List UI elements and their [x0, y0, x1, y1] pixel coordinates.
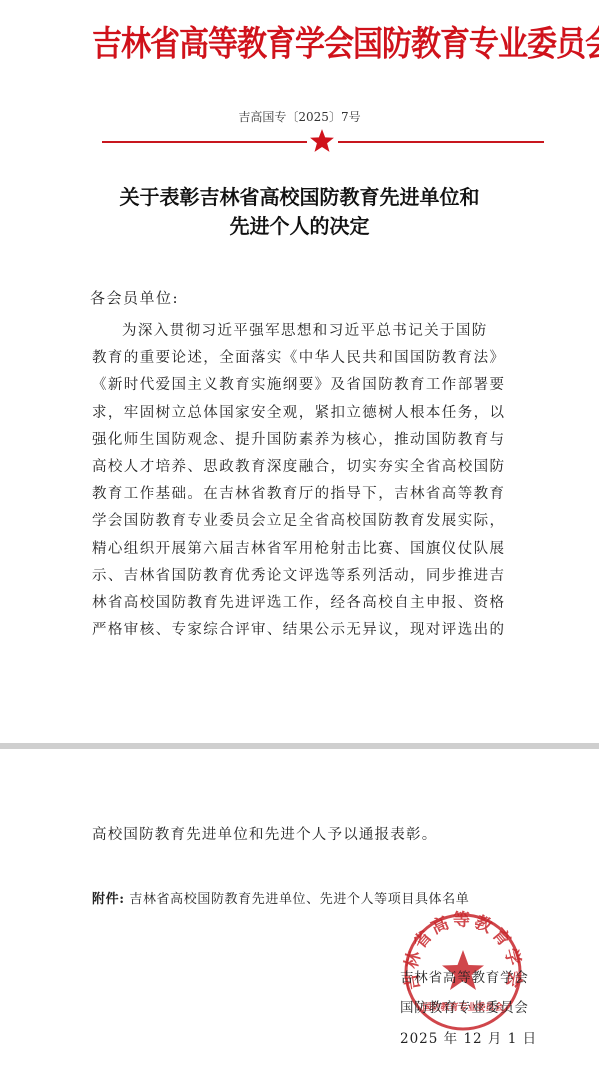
body-line: 精心组织开展第六届吉林省军用枪射击比赛、国旗仪仗队展: [92, 536, 512, 563]
org-letterhead-title: 吉林省高等教育学会国防教育专业委员会: [92, 22, 552, 68]
red-star-icon: [308, 128, 336, 154]
body-line: 高校人才培养、思政教育深度融合，切实夯实全省高校国防: [92, 454, 512, 481]
attachment-label: 附件:: [92, 892, 125, 907]
body-continuation: 高校国防教育先进单位和先进个人予以通报表彰。: [92, 823, 437, 844]
body-line: 林省高校国防教育先进评选工作，经各高校自主申报、资格: [92, 590, 512, 617]
body-paragraph: 为深入贯彻习近平强军思想和习近平总书记关于国防 教育的重要论述，全面落实《中华人…: [92, 318, 512, 644]
document-number: 吉高国专〔2025〕7号: [0, 109, 599, 125]
letterhead-rule-left: [102, 141, 307, 143]
body-line: 《新时代爱国主义教育实施纲要》及省国防教育工作部署要: [92, 372, 512, 399]
body-line: 求，牢固树立总体国家安全观，紧扣立德树人根本任务，以: [92, 400, 512, 427]
document-page-1: 吉林省高等教育学会国防教育专业委员会 吉高国专〔2025〕7号 关于表彰吉林省高…: [0, 0, 599, 744]
attachment-line: 附件: 吉林省高校国防教育先进单位、先进个人等项目具体名单: [92, 888, 469, 907]
body-line: 强化师生国防观念、提升国防素养为核心，推动国防教育与: [92, 427, 512, 454]
body-line: 示、吉林省国防教育优秀论文评选等系列活动，同步推进吉: [92, 563, 512, 590]
letterhead-rule-right: [338, 141, 544, 143]
body-line: 教育工作基础。在吉林省教育厅的指导下，吉林省高等教育: [92, 481, 512, 508]
attachment-text: 吉林省高校国防教育先进单位、先进个人等项目具体名单: [129, 892, 469, 907]
body-line: 严格审核、专家综合评审、结果公示无异议，现对评选出的: [92, 617, 512, 644]
signature-date: 2025 年 12 月 1 日: [400, 1027, 537, 1047]
document-title-line-1: 关于表彰吉林省高校国防教育先进单位和: [0, 183, 599, 212]
document-title: 关于表彰吉林省高校国防教育先进单位和 先进个人的决定: [0, 183, 599, 241]
body-line: 为深入贯彻习近平强军思想和习近平总书记关于国防: [92, 318, 512, 345]
signature-org-line-2: 国防教育专业委员会: [400, 996, 529, 1016]
body-line: 学会国防教育专业委员会立足全省高校国防教育发展实际，: [92, 508, 512, 535]
body-line: 教育的重要论述，全面落实《中华人民共和国国防教育法》: [92, 345, 512, 372]
signature-org-line-1: 吉林省高等教育学会: [400, 966, 529, 986]
document-title-line-2: 先进个人的决定: [0, 212, 599, 241]
page-separator: [0, 743, 599, 749]
salutation: 各会员单位:: [90, 288, 179, 308]
